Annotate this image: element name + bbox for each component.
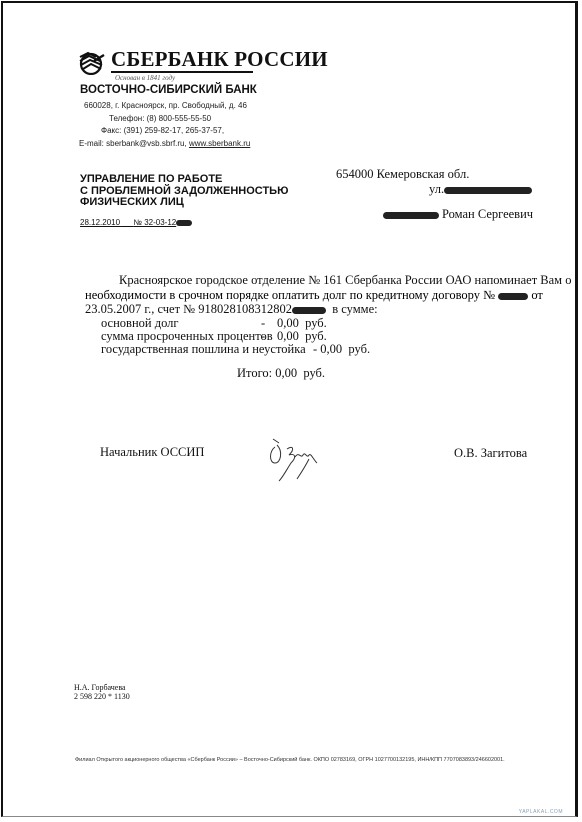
brand-underline bbox=[111, 71, 253, 73]
recipient-street: ул. bbox=[429, 182, 532, 197]
recipient-name-line: Роман Сергеевич bbox=[383, 207, 533, 222]
sberbank-logo-icon bbox=[76, 49, 106, 75]
total-currency: руб. bbox=[303, 366, 325, 380]
recipient-name: Роман Сергеевич bbox=[442, 207, 533, 221]
founded-text: Основан в 1841 году bbox=[115, 74, 175, 82]
handwritten-signature bbox=[265, 433, 325, 485]
debt-item-amount: - 0,00 руб. bbox=[313, 342, 370, 357]
department-title: УПРАВЛЕНИЕ ПО РАБОТЕ С ПРОБЛЕМНОЙ ЗАДОЛЖ… bbox=[80, 174, 288, 209]
executor-name: Н.А. Горбачева bbox=[74, 683, 126, 692]
total-amount: 0,00 bbox=[275, 366, 297, 380]
redacted-mark bbox=[383, 212, 439, 219]
email-address[interactable]: sberbank@vsb.sbrf.ru bbox=[106, 139, 184, 148]
watermark: YAPLAKAL.COM bbox=[519, 809, 563, 815]
bank-phone: Телефон: (8) 800-555-55-50 bbox=[109, 114, 211, 123]
email-label: E-mail: bbox=[79, 139, 106, 148]
debt-item-label: государственная пошлина и неустойка bbox=[101, 342, 306, 357]
redacted-mark bbox=[292, 307, 326, 314]
total-label: Итого: bbox=[237, 366, 272, 380]
bank-fax: Факс: (391) 259-82-17, 265-37-57, bbox=[101, 126, 224, 135]
department-line-1: УПРАВЛЕНИЕ ПО РАБОТЕ bbox=[80, 174, 288, 186]
document-reference: 28.12.2010 № 32-03-12 bbox=[80, 218, 192, 227]
document-number: № 32-03-12 bbox=[133, 218, 176, 227]
body-line-3: 23.05.2007 г., счет № 918028108312802 в … bbox=[85, 302, 378, 317]
redacted-mark bbox=[444, 187, 532, 194]
executor-phone: 2 598 220 * 1130 bbox=[74, 692, 130, 701]
street-prefix: ул. bbox=[429, 182, 444, 196]
body-line-2: необходимости в срочном порядке оплатить… bbox=[85, 288, 540, 303]
signer-name: О.В. Загитова bbox=[454, 446, 527, 461]
bank-name: ВОСТОЧНО-СИБИРСКИЙ БАНК bbox=[80, 84, 257, 96]
total-line: Итого: 0,00 руб. bbox=[237, 366, 325, 381]
department-line-3: ФИЗИЧЕСКИХ ЛИЦ bbox=[80, 197, 288, 209]
bank-email-line: E-mail: sberbank@vsb.sbrf.ru, www.sberba… bbox=[79, 139, 250, 148]
footer-legal-text: Филиал Открытого акционерного общества «… bbox=[75, 757, 505, 763]
redacted-mark bbox=[176, 220, 192, 226]
bank-address: 660028, г. Красноярск, пр. Свободный, д.… bbox=[84, 101, 247, 110]
signer-position: Начальник ОССИП bbox=[100, 445, 204, 460]
brand-name: СБЕРБАНК РОССИИ bbox=[111, 47, 328, 72]
document-date: 28.12.2010 bbox=[80, 218, 120, 227]
recipient-postal: 654000 Кемеровская обл. bbox=[336, 167, 469, 182]
website-link[interactable]: www.sberbank.ru bbox=[189, 139, 250, 148]
letter-page: СБЕРБАНК РОССИИ Основан в 1841 году ВОСТ… bbox=[1, 1, 578, 817]
redacted-mark bbox=[498, 293, 528, 300]
body-line-1: Красноярское городское отделение № 161 С… bbox=[119, 273, 571, 288]
